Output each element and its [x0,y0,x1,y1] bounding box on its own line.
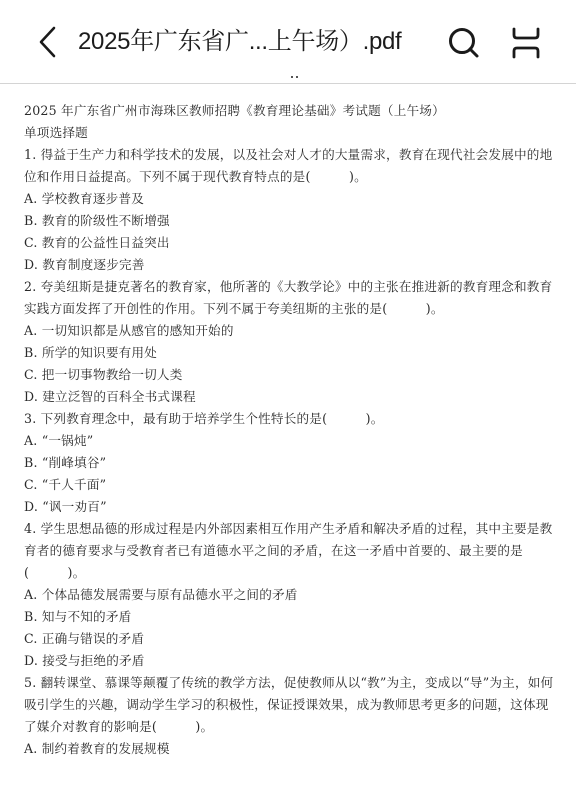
option: B. 教育的阶级性不断增强 [24,210,556,232]
option: B. 所学的知识要有用处 [24,342,556,364]
back-button[interactable] [30,24,66,60]
question-stem: 1. 得益于生产力和科学技术的发展，以及社会对人才的大量需求，教育在现代社会发展… [24,144,556,188]
option: B. “削峰填谷” [24,452,556,474]
question-stem-continuation: ( )。 [24,562,556,584]
option: A. 制约着教育的发展规模 [24,738,556,760]
option: D. 教育制度逐步完善 [24,254,556,276]
search-button[interactable] [444,24,484,62]
question-stem: 4. 学生思想品德的形成过程是内外部因素相互作用产生矛盾和解决矛盾的过程，其中主… [24,518,556,562]
question-stem: 5. 翻转课堂、慕课等颠覆了传统的教学方法，促使教师从以“教”为主，变成以“导”… [24,672,556,738]
option: C. 教育的公益性日益突出 [24,232,556,254]
pdf-page-content: 2025 年广东省广州市海珠区教师招聘《教育理论基础》考试题（上午场） 单项选择… [24,100,556,760]
option: D. 接受与拒绝的矛盾 [24,650,556,672]
fit-width-icon [509,26,543,60]
question-stem: 2. 夸美纽斯是捷克著名的教育家，他所著的《大教学论》中的主张在推进新的教育理念… [24,276,556,320]
search-icon [447,26,481,60]
option: A. “一锅炖” [24,430,556,452]
option: C. 把一切事物教给一切人类 [24,364,556,386]
chevron-left-icon [37,25,59,59]
fit-width-button[interactable] [506,24,546,62]
option: B. 知与不知的矛盾 [24,606,556,628]
option: A. 学校教育逐步普及 [24,188,556,210]
option: C. “千人千面” [24,474,556,496]
option: D. 建立泛智的百科全书式课程 [24,386,556,408]
doc-title: 2025 年广东省广州市海珠区教师招聘《教育理论基础》考试题（上午场） [24,100,556,122]
option: D. “讽一劝百” [24,496,556,518]
app-bar: 2025年广东省广...上午场）.pdf [0,0,576,84]
option: A. 个体品德发展需要与原有品德水平之间的矛盾 [24,584,556,606]
document-title: 2025年广东省广...上午场）.pdf [78,25,438,59]
page-indicator [284,74,304,80]
section-heading: 单项选择题 [24,122,556,144]
question-stem: 3. 下列教育理念中，最有助于培养学生个性特长的是( )。 [24,408,556,430]
option: C. 正确与错误的矛盾 [24,628,556,650]
option: A. 一切知识都是从感官的感知开始的 [24,320,556,342]
